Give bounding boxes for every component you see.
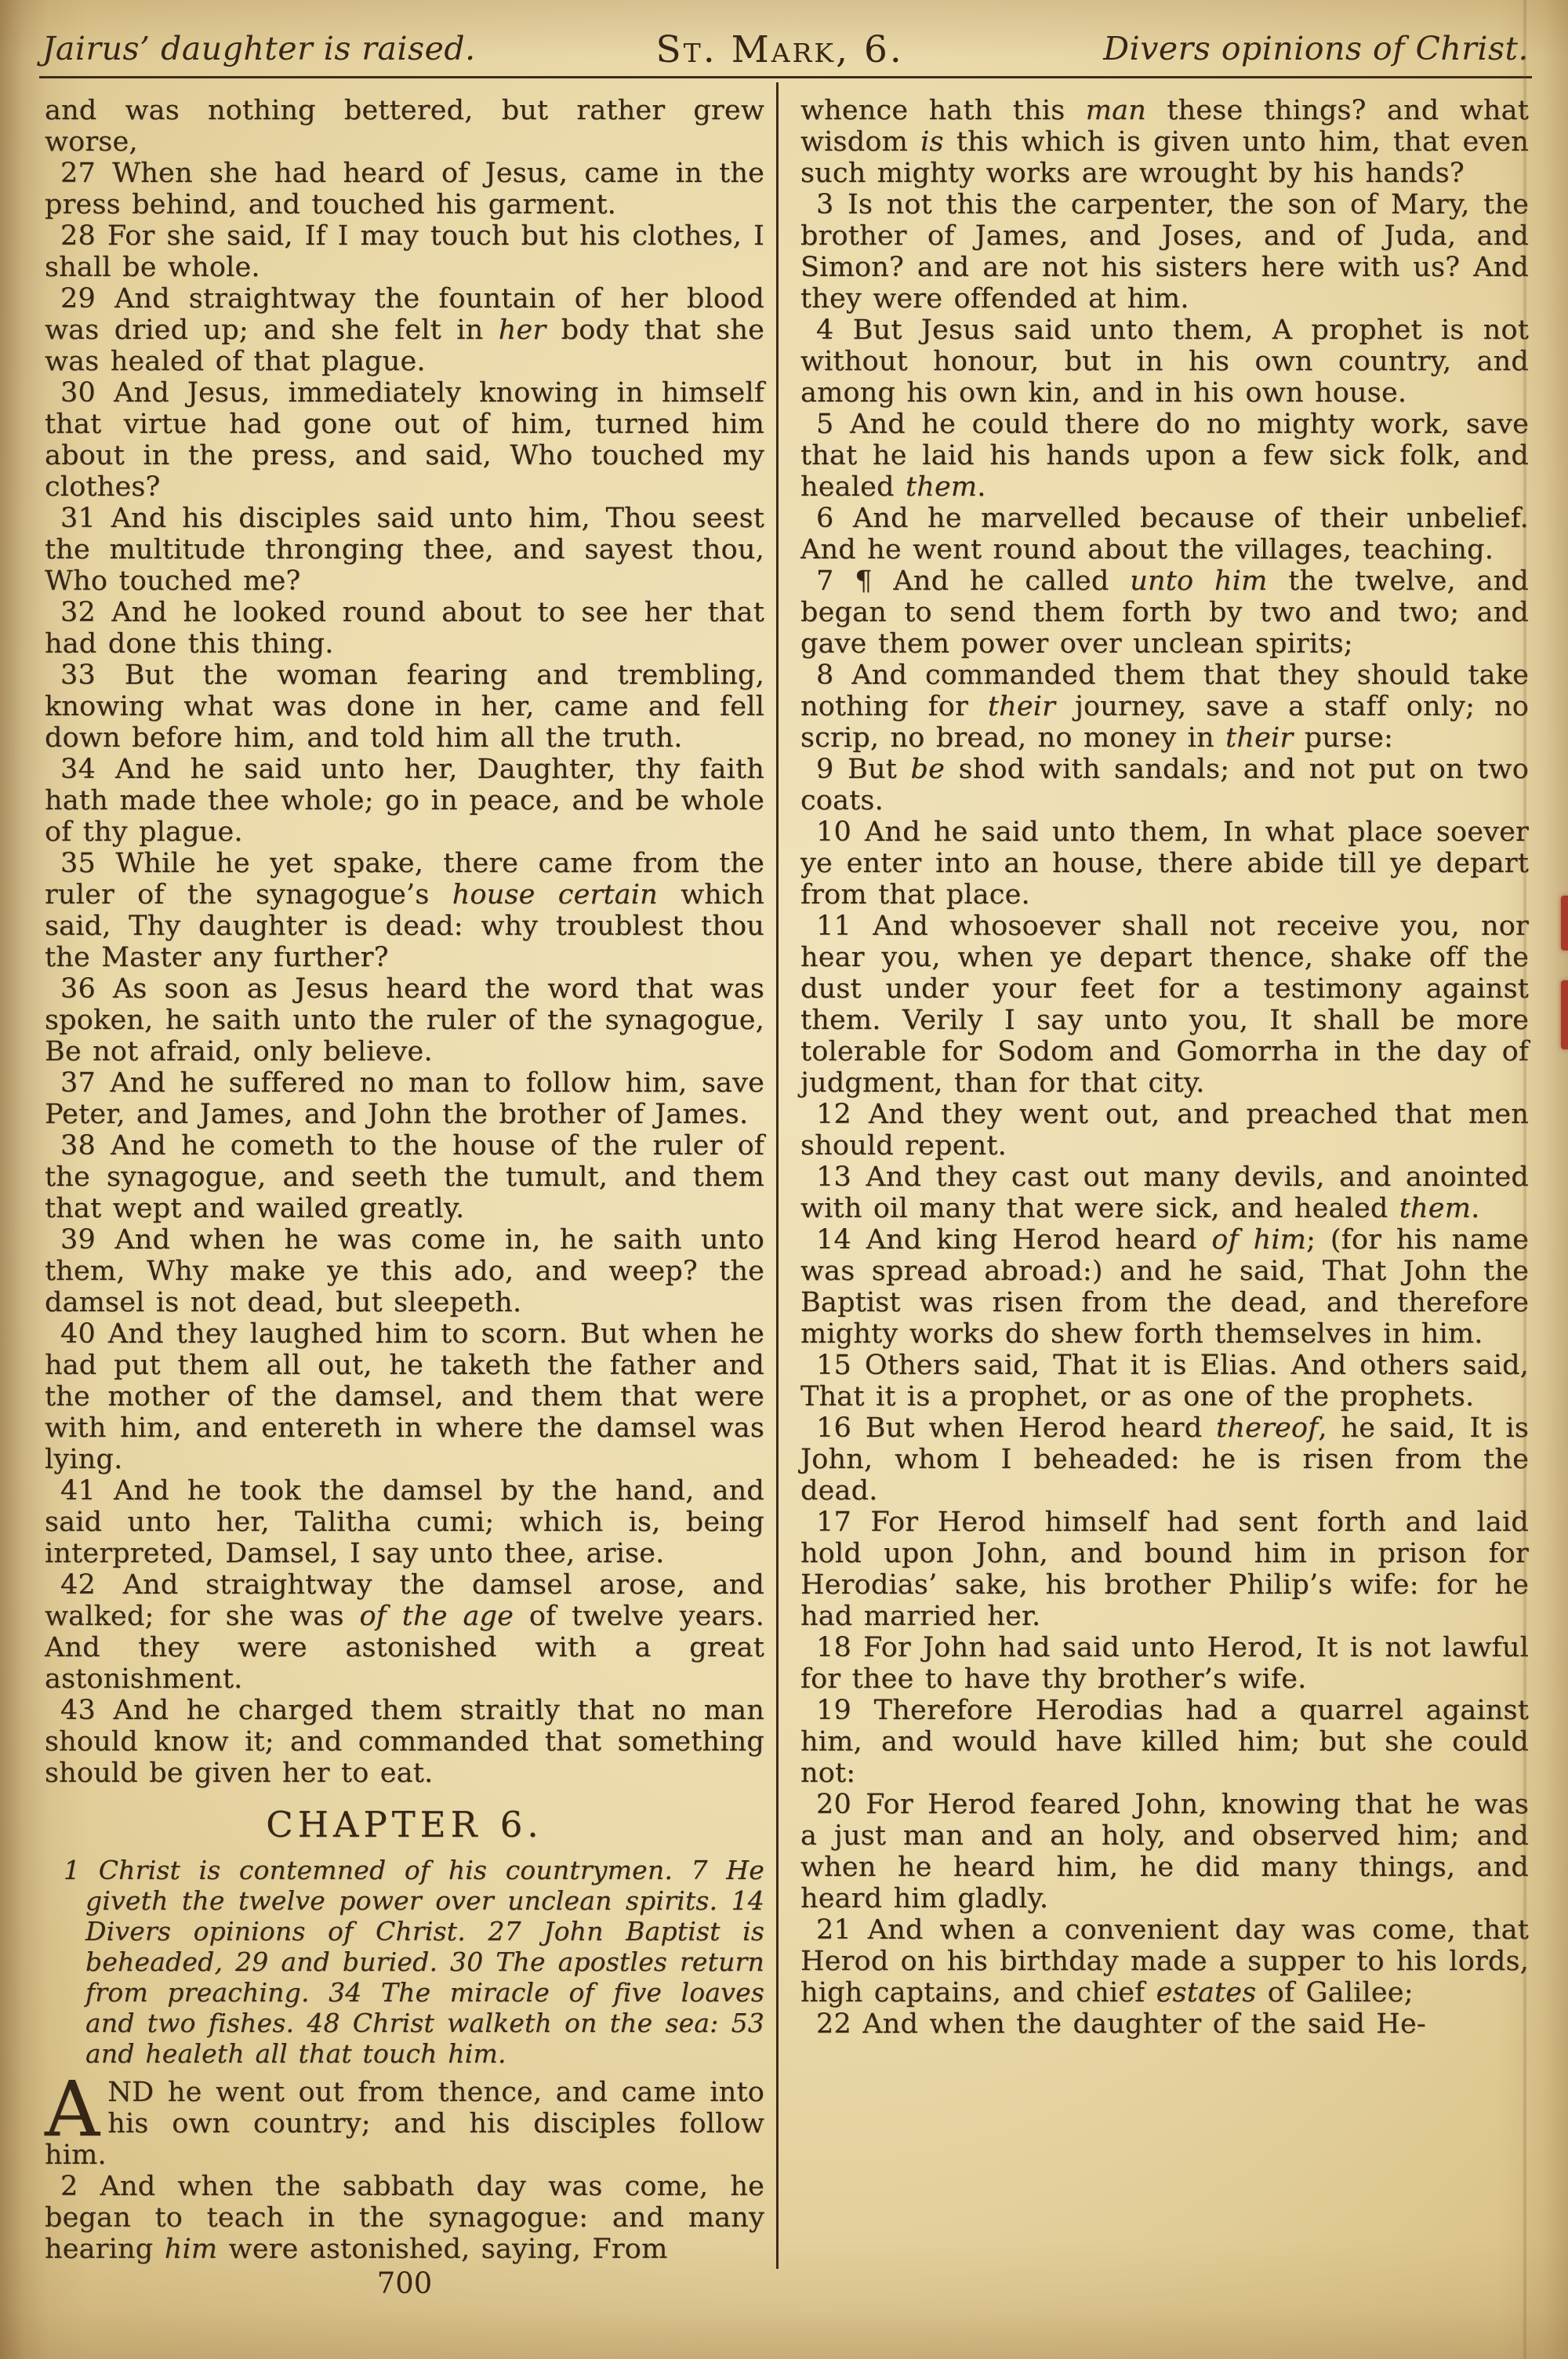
chapter-heading: CHAPTER 6.: [45, 1809, 764, 1841]
verse-paragraph: 6 And he marvelled because of their unbe…: [800, 503, 1529, 565]
column-divider: [776, 82, 779, 2269]
verse-paragraph: 5 And he could there do no mighty work, …: [800, 409, 1529, 503]
header-rule: [39, 76, 1532, 78]
verse-paragraph: 20 For Herod feared John, knowing that h…: [800, 1789, 1529, 1914]
verse-paragraph: 13 And they cast out many devils, and an…: [800, 1161, 1529, 1224]
verse-paragraph: 7 ¶ And he called unto him the twelve, a…: [800, 565, 1529, 660]
verse-paragraph: AND he went out from thence, and came in…: [45, 2077, 764, 2171]
verse-paragraph: 15 Others said, That it is Elias. And ot…: [800, 1350, 1529, 1412]
verse-paragraph: 2 And when the sabbath day was come, he …: [45, 2171, 764, 2265]
verse-paragraph: 17 For Herod himself had sent forth and …: [800, 1507, 1529, 1632]
verse-paragraph: 43 And he charged them straitly that no …: [45, 1695, 764, 1789]
verse-paragraph: 21 And when a convenient day was come, t…: [800, 1914, 1529, 2008]
book-page: Jairus’ daughter is raised. St. Mark, 6.…: [0, 0, 1568, 2359]
verse-paragraph: 42 And straightway the damsel arose, and…: [45, 1569, 764, 1695]
verse-paragraph: 29 And straightway the fountain of her b…: [45, 283, 764, 377]
verse-paragraph: 33 But the woman fearing and trembling, …: [45, 660, 764, 754]
page-edge-stain: [1561, 896, 1568, 951]
page-edge-stain: [1561, 980, 1568, 1049]
running-head-left: Jairus’ daughter is raised.: [42, 30, 476, 67]
verse-paragraph: 14 And king Herod heard of him; (for his…: [800, 1224, 1529, 1350]
verse-paragraph: 39 And when he was come in, he saith unt…: [45, 1224, 764, 1318]
page-heading: St. Mark, 6.: [656, 28, 904, 71]
verse-paragraph: 10 And he said unto them, In what place …: [800, 816, 1529, 911]
drop-cap-initial: A: [45, 2077, 107, 2139]
running-header: Jairus’ daughter is raised. St. Mark, 6.…: [41, 28, 1529, 72]
verse-paragraph: 22 And when the daughter of the said He-: [800, 2008, 1529, 2040]
right-column: whence hath this man these things? and w…: [800, 95, 1529, 2040]
running-head-right: Divers opinions of Christ.: [1103, 30, 1529, 67]
continuation-paragraph: and was nothing bettered, but rather gre…: [45, 95, 764, 158]
verse-paragraph: 32 And he looked round about to see her …: [45, 597, 764, 660]
page-crease: [1523, 0, 1527, 2359]
verse-paragraph: 4 But Jesus said unto them, A prophet is…: [800, 314, 1529, 409]
verse-paragraph: 12 And they went out, and preached that …: [800, 1099, 1529, 1161]
verse-paragraph: 9 But be shod with sandals; and not put …: [800, 754, 1529, 816]
verse-paragraph: 35 While he yet spake, there came from t…: [45, 848, 764, 973]
verse-paragraph: 31 And his disciples said unto him, Thou…: [45, 503, 764, 597]
verse-paragraph: 16 But when Herod heard thereof, he said…: [800, 1412, 1529, 1507]
verse-paragraph: 38 And he cometh to the house of the rul…: [45, 1130, 764, 1224]
left-column: and was nothing bettered, but rather gre…: [45, 95, 764, 2265]
verse-paragraph: 41 And he took the damsel by the hand, a…: [45, 1475, 764, 1569]
verse-paragraph: 34 And he said unto her, Daughter, thy f…: [45, 754, 764, 848]
verse-paragraph: 30 And Jesus, immediately knowing in him…: [45, 377, 764, 503]
verse-paragraph: 28 For she said, If I may touch but his …: [45, 220, 764, 283]
page-number: 700: [45, 2266, 764, 2300]
verse-paragraph: 3 Is not this the carpenter, the son of …: [800, 189, 1529, 314]
continuation-paragraph: whence hath this man these things? and w…: [800, 95, 1529, 189]
verse-paragraph: 36 As soon as Jesus heard the word that …: [45, 973, 764, 1067]
verse-paragraph: 40 And they laughed him to scorn. But wh…: [45, 1318, 764, 1475]
verse-paragraph: 8 And commanded them that they should ta…: [800, 660, 1529, 754]
verse-paragraph: 27 When she had heard of Jesus, came in …: [45, 158, 764, 220]
verse-paragraph: 37 And he suffered no man to follow him,…: [45, 1067, 764, 1130]
verse-paragraph: 11 And whosoever shall not receive you, …: [800, 911, 1529, 1099]
chapter-summary: 1 Christ is contemned of his countrymen.…: [45, 1855, 764, 2069]
verse-paragraph: 18 For John had said unto Herod, It is n…: [800, 1632, 1529, 1695]
verse-paragraph: 19 Therefore Herodias had a quarrel agai…: [800, 1695, 1529, 1789]
